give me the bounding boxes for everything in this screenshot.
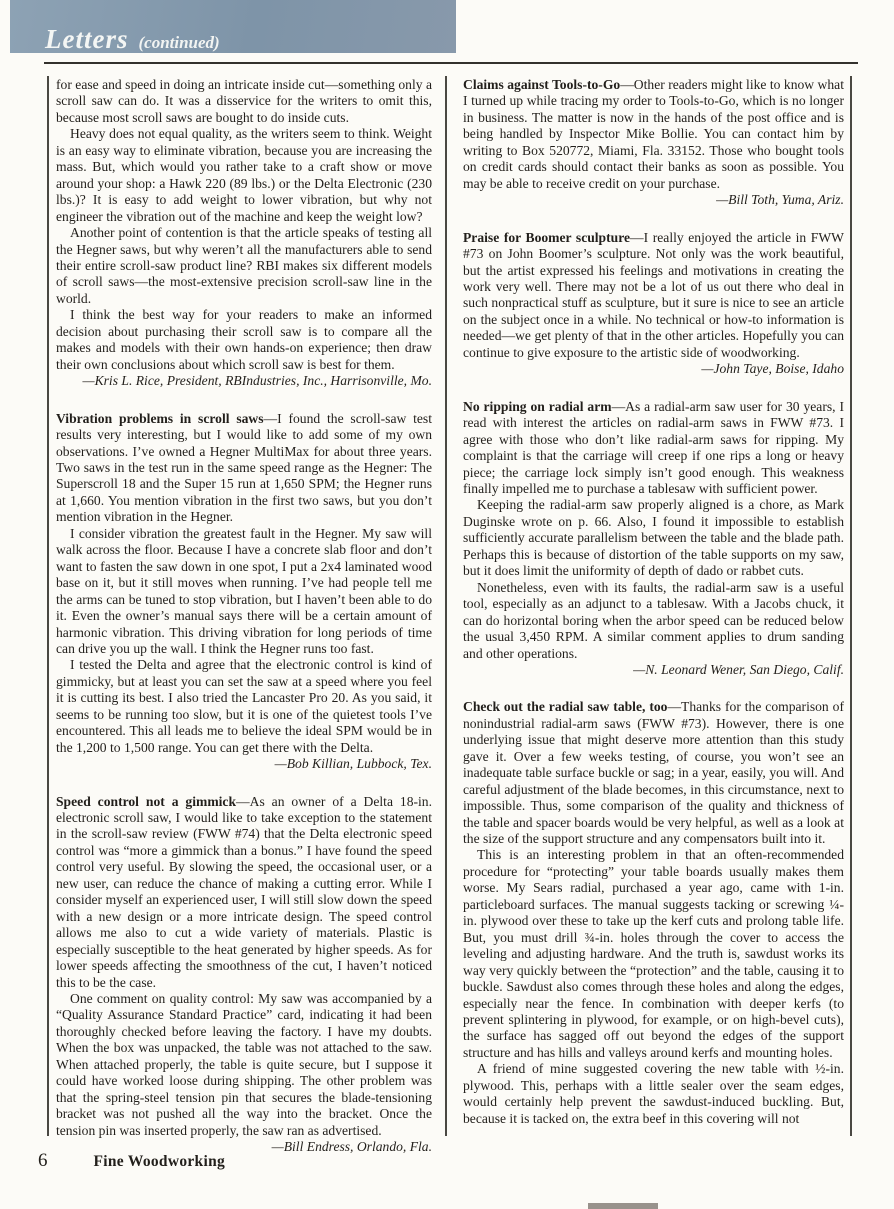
right-column: Claims against Tools-to-Go—Other readers… [463,77,844,1127]
letter-lead-text: —As an owner of a Delta 18-in. electroni… [56,794,432,990]
letter-speed-control-not-a-gimmick: Speed control not a gimmick—As an owner … [56,794,432,1156]
letter-title: Speed control not a gimmick [56,794,236,809]
letter-title: Claims against Tools-to-Go [463,77,620,92]
section-subtitle: (continued) [138,33,219,53]
letter-vibration-problems-in-scroll-saws: Vibration problems in scroll saws—I foun… [56,411,432,773]
letter-no-ripping-on-radial-arm: No ripping on radial arm—As a radial-arm… [463,399,844,679]
letter-title: No ripping on radial arm [463,399,612,414]
header-rule [44,62,858,64]
magazine-page: Letters (continued) for ease and speed i… [0,0,894,1209]
paragraph: for ease and speed in doing an intricate… [56,77,432,126]
left-edge-rule [47,76,49,1136]
paragraph: I think the best way for your readers to… [56,307,432,373]
paragraph: Heavy does not equal quality, as the wri… [56,126,432,225]
letter-check-out-radial-saw-table: Check out the radial saw table, too—Than… [463,699,844,1127]
paragraph: Claims against Tools-to-Go—Other readers… [463,77,844,192]
letter-lead-text: —I found the scroll-saw test results ver… [56,411,432,525]
paragraph: I consider vibration the greatest fault … [56,526,432,658]
paragraph: Keeping the radial-arm saw properly alig… [463,497,844,579]
paragraph: Another point of contention is that the … [56,225,432,307]
letter-claims-against-tools-to-go: Claims against Tools-to-Go—Other readers… [463,77,844,209]
paragraph: No ripping on radial arm—As a radial-arm… [463,399,844,498]
column-divider-rule [445,76,447,1136]
paragraph: This is an interesting problem in that a… [463,847,844,1061]
paragraph: One comment on quality control: My saw w… [56,991,432,1139]
letter-praise-for-boomer-sculpture: Praise for Boomer sculpture—I really enj… [463,230,844,378]
letter-signature: —N. Leonard Wener, San Diego, Calif. [463,662,844,678]
letter-lead-text: —Thanks for the comparison of nonindustr… [463,699,844,846]
paragraph: Vibration problems in scroll saws—I foun… [56,411,432,526]
page-number: 6 [38,1150,48,1171]
letter-title: Praise for Boomer sculpture [463,230,630,245]
letter-title: Vibration problems in scroll saws [56,411,264,426]
section-header-bar: Letters (continued) [10,0,456,53]
left-column: for ease and speed in doing an intricate… [56,77,432,1156]
magazine-name: Fine Woodworking [94,1153,226,1170]
paragraph: Speed control not a gimmick—As an owner … [56,794,432,991]
paragraph: Check out the radial saw table, too—Than… [463,699,844,847]
letter-lead-text: —I really enjoyed the article in FWW #73… [463,230,844,360]
right-edge-rule [850,76,852,1136]
letter-signature: —Kris L. Rice, President, RBIndustries, … [56,373,432,389]
page-footer: 6 Fine Woodworking [38,1150,225,1172]
section-title: Letters [45,24,128,55]
paragraph: Praise for Boomer sculpture—I really enj… [463,230,844,362]
paragraph: A friend of mine suggested covering the … [463,1061,844,1127]
letter-scroll-saw-followup: for ease and speed in doing an intricate… [56,77,432,390]
paragraph: I tested the Delta and agree that the el… [56,657,432,756]
letter-signature: —Bill Toth, Yuma, Ariz. [463,192,844,208]
letter-title: Check out the radial saw table, too [463,699,667,714]
letter-lead-text: —Other readers might like to know what I… [463,77,844,191]
letter-signature: —John Taye, Boise, Idaho [463,361,844,377]
letter-signature: —Bob Killian, Lubbock, Tex. [56,756,432,772]
paragraph: Nonetheless, even with its faults, the r… [463,580,844,662]
next-page-edge-mark [588,1203,658,1209]
